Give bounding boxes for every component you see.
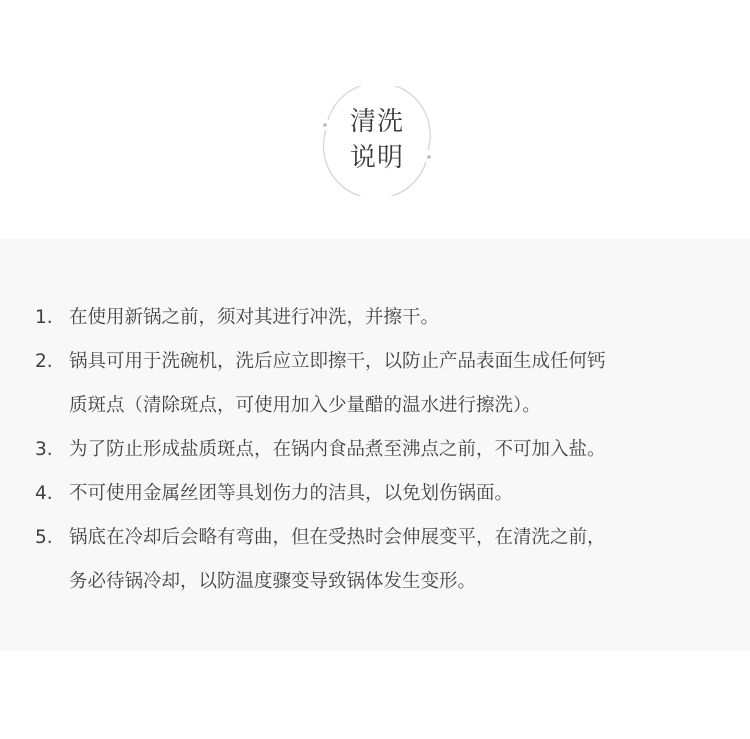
item-number: 2.: [35, 340, 53, 384]
item-text: 不可使用金属丝团等具划伤力的洁具，以免划伤锅面。: [0, 472, 750, 516]
item-text: 锅具可用于洗碗机，洗后应立即擦干，以防止产品表面生成任何钙: [0, 340, 750, 384]
list-item: 4. 不可使用金属丝团等具划伤力的洁具，以免划伤锅面。: [0, 472, 750, 516]
title-line-2: 说明: [322, 140, 432, 176]
list-item: 2. 锅具可用于洗碗机，洗后应立即擦干，以防止产品表面生成任何钙 质斑点（清除斑…: [0, 340, 750, 428]
item-number: 5.: [35, 516, 53, 560]
item-text: 在使用新锅之前，须对其进行冲洗，并擦干。: [0, 296, 750, 340]
list-item: 1. 在使用新锅之前，须对其进行冲洗，并擦干。: [0, 296, 750, 340]
item-number: 4.: [35, 472, 53, 516]
list-item: 5. 锅底在冷却后会略有弯曲，但在受热时会伸展变平，在清洗之前， 务必待锅冷却，…: [0, 516, 750, 604]
title-badge: 清洗 说明: [322, 86, 432, 196]
list-item: 3. 为了防止形成盐质斑点，在锅内食品煮至沸点之前，不可加入盐。: [0, 428, 750, 472]
instructions-list: 1. 在使用新锅之前，须对其进行冲洗，并擦干。 2. 锅具可用于洗碗机，洗后应立…: [0, 296, 750, 604]
item-number: 1.: [35, 296, 53, 340]
item-number: 3.: [35, 428, 53, 472]
item-text-continued: 务必待锅冷却，以防温度骤变导致锅体发生变形。: [0, 560, 750, 604]
item-text: 锅底在冷却后会略有弯曲，但在受热时会伸展变平，在清洗之前，: [0, 516, 750, 560]
page-title: 清洗 说明: [322, 104, 432, 176]
item-text-continued: 质斑点（清除斑点，可使用加入少量醋的温水进行擦洗）。: [0, 384, 750, 428]
title-line-1: 清洗: [322, 104, 432, 140]
item-text: 为了防止形成盐质斑点，在锅内食品煮至沸点之前，不可加入盐。: [0, 428, 750, 472]
